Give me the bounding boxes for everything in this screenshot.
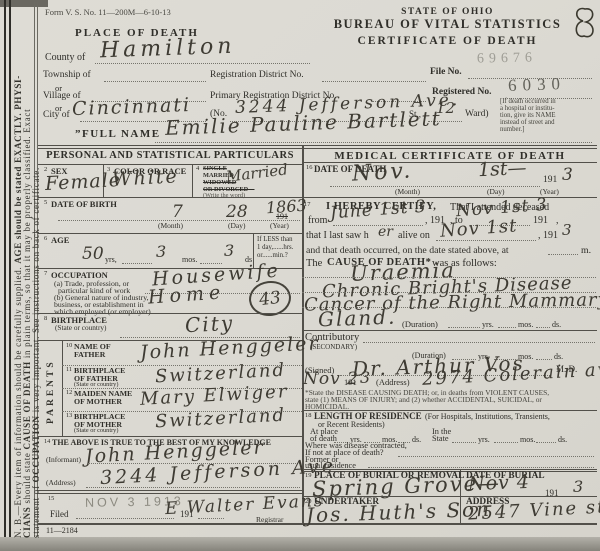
birthplace-value: City [185,313,235,336]
dotted-leader [498,326,516,328]
row-rule [38,197,302,198]
if-less-note: 1 day,......hrs. [257,245,293,252]
death-occurred-label: and that death occurred, on the date sta… [306,246,509,256]
year-sublabel: (Year) [270,222,289,230]
undertaker-address-value: 2547 Vine st [468,498,600,523]
row-rule [38,490,302,491]
death-year-print: 191 [543,176,557,186]
last-saw-year-value: 3 [562,223,572,238]
dotted-leader [536,441,556,443]
day-sublabel: (Day) [487,188,505,196]
parents-label: PARENTS [46,359,56,424]
sex-value: Female [45,171,122,194]
field-number: 16 [306,165,313,172]
field-number: 18 [305,413,312,420]
field-number: 6 [44,236,47,243]
mother-birthplace-sublabel: (State or country) [74,428,118,434]
registered-number-stamp: 6030 [508,75,567,94]
dotted-leader [322,80,426,82]
file-no-label: File No. [430,68,462,78]
field-number: 13 [66,413,72,419]
death-certificate-page: N. B.—Every item of information should b… [0,0,600,551]
cell-divider [192,164,193,197]
township-label: Township of [43,71,91,81]
county-value: Hamilton [100,36,236,63]
in-the-label: State [432,435,449,443]
her-value: er [378,225,393,239]
from-label: from [308,216,327,226]
father-name-label: FATHER [74,351,105,359]
burial-year-value: 3 [573,479,583,495]
margin-text-bold: OCCUPATION [31,415,41,482]
mos-label: mos. [182,256,197,264]
death-year-value: 3 [562,167,573,184]
dotted-leader [95,62,310,64]
field-number: 14 [44,439,50,445]
row-rule [303,469,597,470]
dotted-leader [302,276,596,278]
personal-title: PERSONAL AND STATISTICAL PARTICULARS [38,151,302,162]
dotted-leader [363,341,595,343]
birthplace-sublabel: (State or country) [55,324,106,331]
field-number: 7 [44,271,47,278]
ds-label: ds. [412,436,421,444]
dotted-leader [330,185,540,187]
dotted-leader [76,517,174,519]
day-sublabel: (Day) [228,222,246,230]
filed-label: Filed [50,510,69,519]
m-label: m. [581,246,591,256]
full-name-value: Emilie Pauline Bartlett [165,108,442,138]
ds-label: ds. [558,436,567,444]
row-rule [303,330,597,331]
registrar-signature: E Walter Evans [165,493,325,518]
dotted-leader [368,466,594,468]
dotted-leader [104,80,206,82]
dotted-leader [155,141,592,143]
age-months-value: 3 [156,244,166,260]
field-number: 17 [304,202,311,209]
medical-title: MEDICAL CERTIFICATE OF DEATH [303,151,597,162]
dotted-leader [86,486,300,488]
mos-label: mos. [518,321,533,329]
month-sublabel: (Month) [158,222,183,230]
field-number: 10 [66,343,72,349]
death-month-value: Nov. [351,160,413,185]
burial-date-value: Nov 4 [468,473,531,494]
informant-sublabel: (Informant) [46,456,81,464]
dotted-leader [448,326,480,328]
page-bottom-edge [0,537,600,551]
age-years-value: 50 [82,246,104,263]
row-rule [38,313,302,314]
hospital-note: number.] [500,127,524,134]
death-day-value: 1st— [478,159,527,181]
month-sublabel: (Month) [395,188,420,196]
dotted-leader [536,326,550,328]
certificate-title: CERTIFICATE OF DEATH [300,36,595,48]
dotted-leader [548,253,578,255]
field-number: 5 [44,200,47,207]
attended-from-value: June 1st 3 [330,199,428,223]
file-number-stamp: 69676 [477,51,537,66]
dotted-leader [494,441,518,443]
dotted-leader [122,262,152,264]
mother-birthplace-value: Switzerland [155,407,287,432]
year-print: 191 [533,216,548,226]
last-saw-label: that I last saw h [306,231,369,241]
undertaker-value: Jos. Huth's Son [306,499,492,525]
section-rule [38,145,597,146]
registration-district-label: Registration District No. [210,71,304,81]
field-number: 3 [107,167,110,174]
dotted-leader [536,358,552,360]
margin-note-line-3: statement of OCCUPATION is very importan… [31,167,41,538]
secondary-label: (SECONDARY) [310,344,357,351]
bureau-title: BUREAU OF VITAL STATISTICS [300,18,595,31]
field-number: 8 [44,316,47,323]
ds-label: ds. [554,353,563,361]
yrs-label: yrs, [105,256,117,264]
address-label: (Address) [376,378,410,387]
dotted-leader [302,291,596,293]
color-race-value: White [112,167,180,189]
if-less-note: If LESS than [257,237,293,244]
city-label: City of [43,111,70,121]
occupation-b-value: Home [147,283,225,307]
cause-label: The [306,259,322,270]
full-name-label: ”FULL NAME [75,129,161,140]
comma: , [556,216,559,226]
county-label: County of [45,53,85,63]
contributory-label: Contributory [305,333,359,344]
row-rule [303,197,597,198]
ds-label: ds. [552,321,561,329]
father-name-value: John Henggeler [140,334,320,362]
residence-label: (For Hospitals, Institutions, Transients… [425,413,550,421]
preprinted-year-struck: 191 [276,213,288,221]
section-rule [38,148,597,149]
signed-year-value: 3 [360,370,370,386]
if-less-note: or......min.? [257,253,288,260]
dotted-leader [198,517,224,519]
field-number: 4 [196,166,199,173]
mos-label: mos. [520,436,535,444]
marital-value: Married [225,162,288,184]
year-print: , 191 [538,231,558,241]
signed-year-print: 191 [344,378,357,387]
form-number: Form V. S. No. 11—200M—6-10-13 [45,8,171,17]
row-rule [303,162,597,163]
page-corner-smudge [0,0,48,7]
alive-on-label: alive on [398,231,430,241]
dotted-leader [452,441,476,443]
last-saw-value: Nov 1st [439,217,517,240]
margin-text: is very important. See instructions on b… [31,167,41,415]
age-days-value: 3 [224,243,234,259]
mother-name-label: OF MOTHER [74,398,122,406]
binding-edge-line [4,0,6,540]
row-rule [38,233,302,234]
duration-label: (Duration) [402,320,438,329]
form-footer-number: 11—2184 [46,527,78,535]
yrs-label: yrs. [478,436,490,444]
binding-edge-line [9,0,11,540]
dotted-leader [302,306,596,308]
registrar-code-value: 43 [258,287,282,309]
ward-label: Ward) [465,110,489,120]
address-sublabel: (Address) [46,479,76,487]
yrs-label: yrs. [482,321,494,329]
field-number: 15 [48,496,54,502]
field-number: 19 [305,473,312,480]
field-number: 11 [66,367,72,373]
age-label: AGE [51,236,69,245]
field-number: 12 [66,390,72,396]
dotted-leader [398,455,594,457]
cause-line-4: Gland. [318,307,397,330]
dob-label: DATE OF BIRTH [51,200,117,209]
